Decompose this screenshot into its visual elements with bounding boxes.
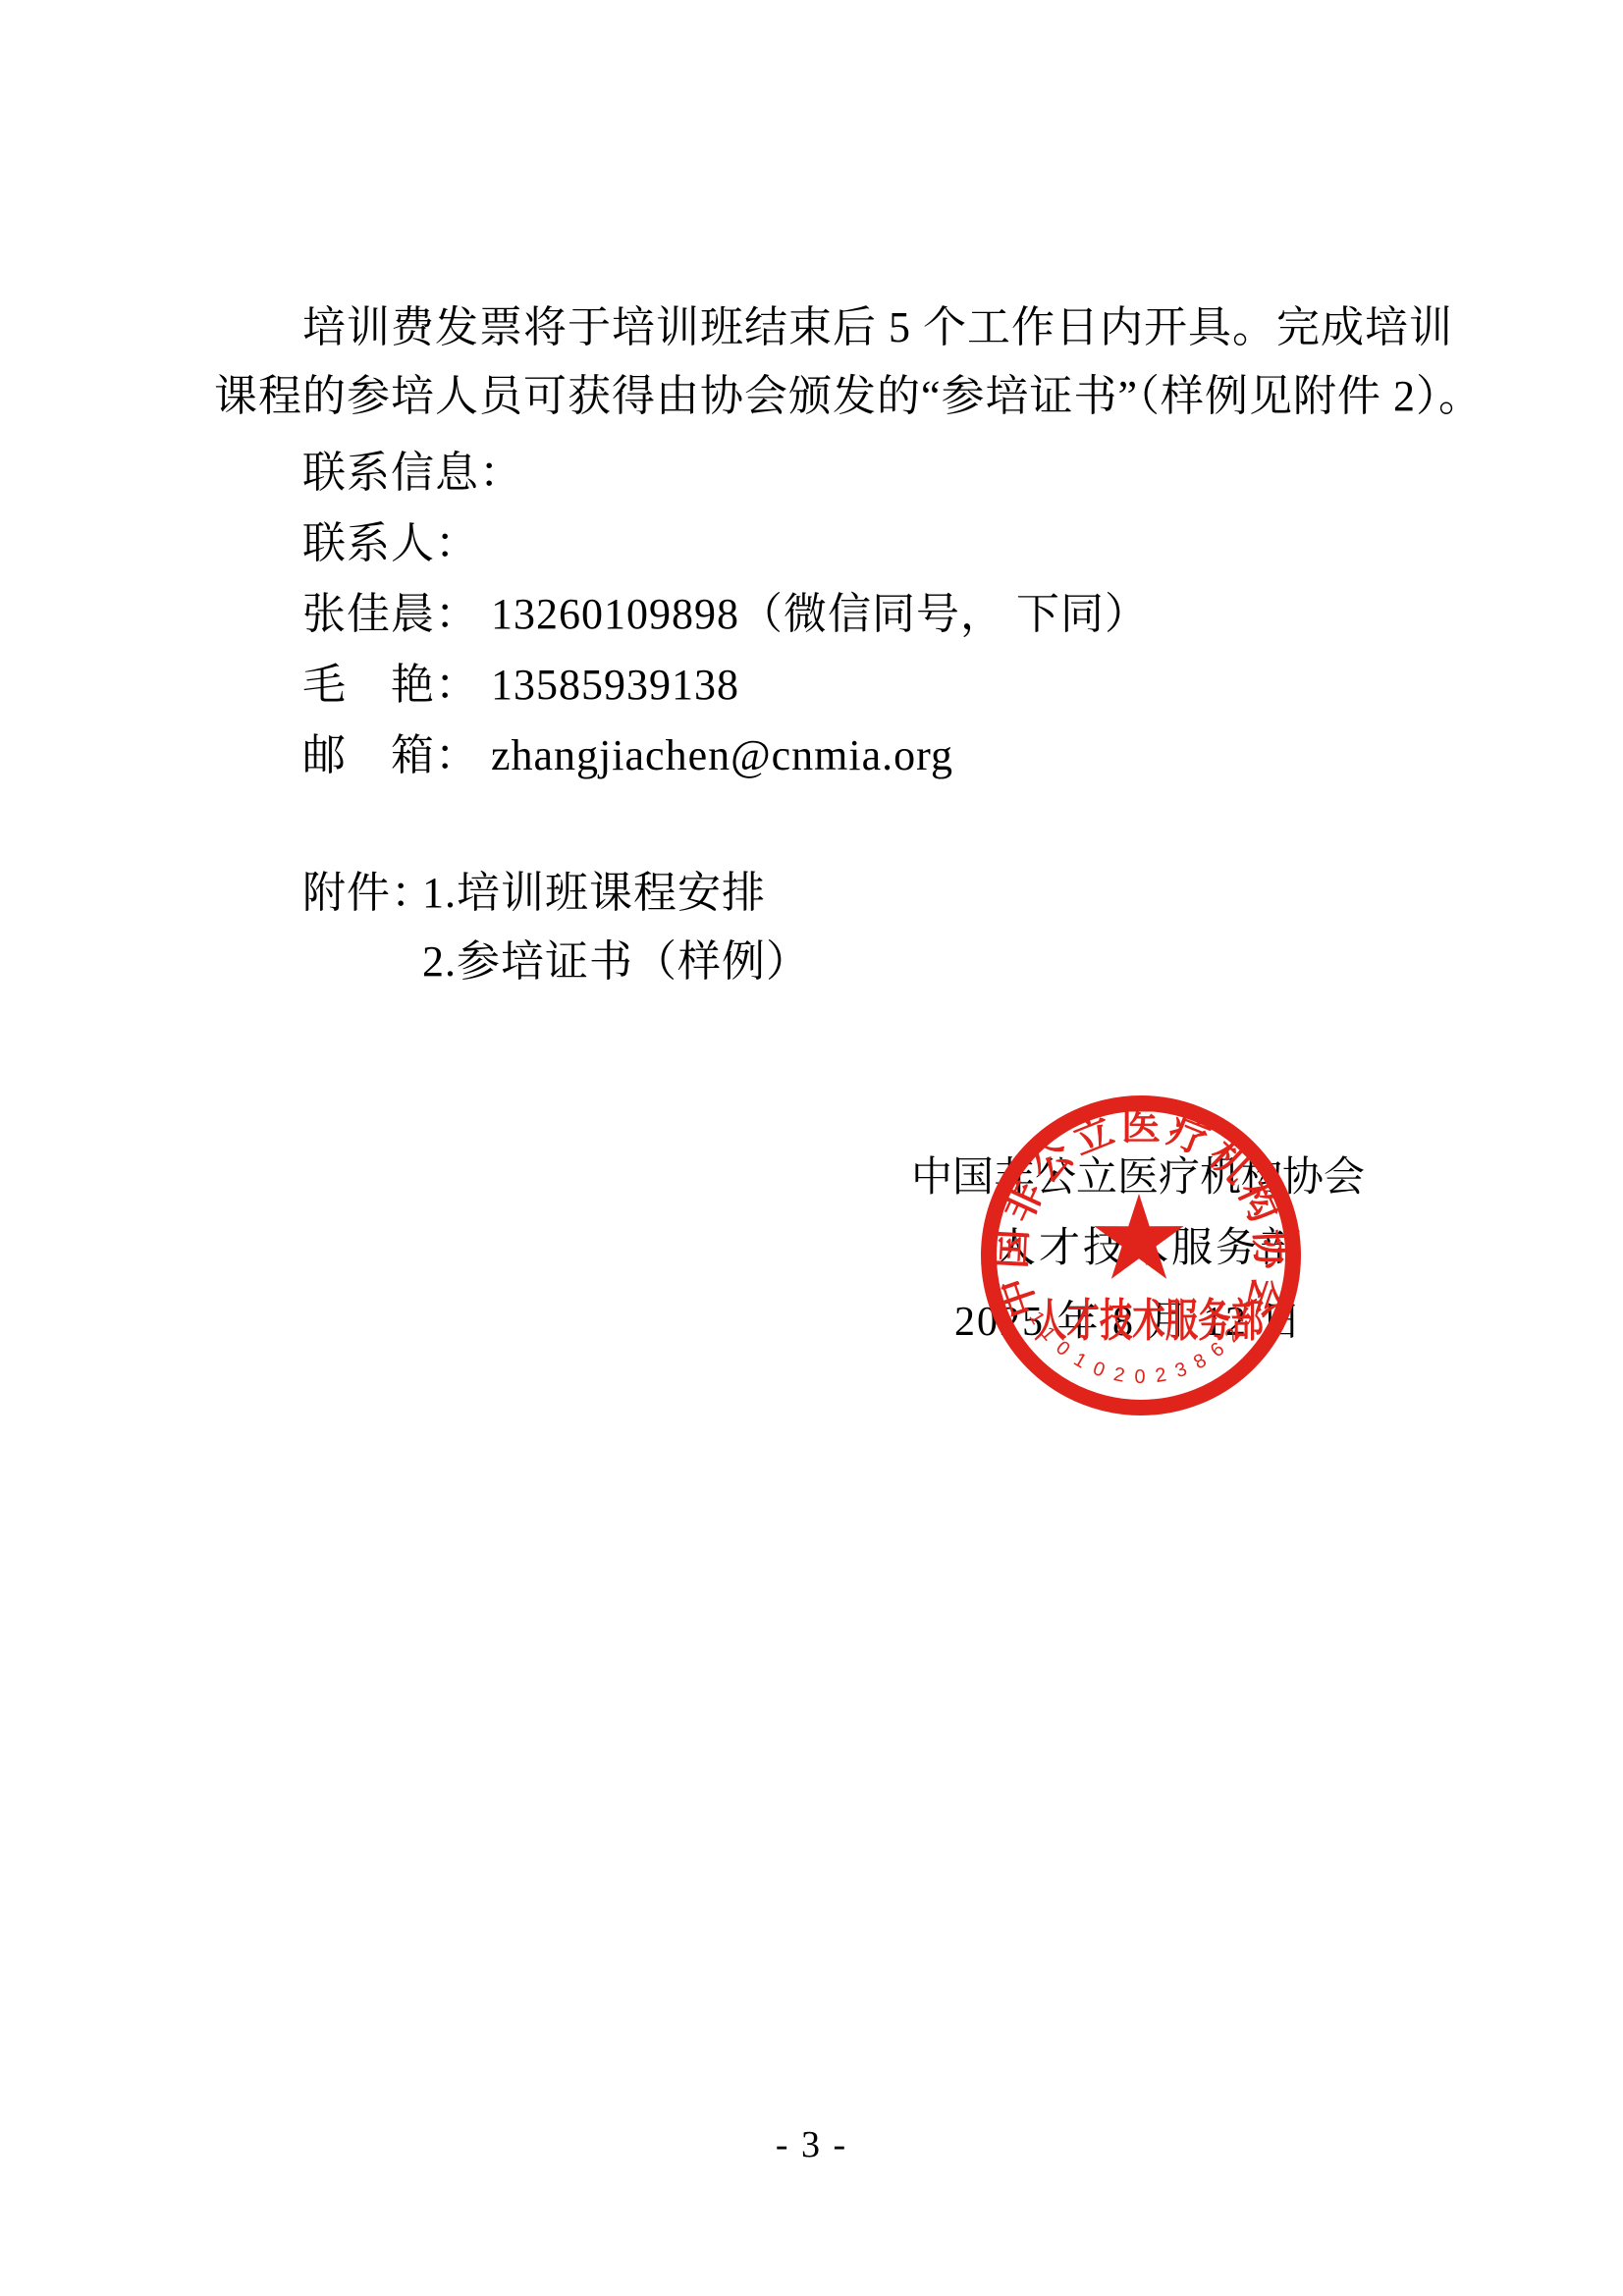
contact-person-maoyan: 毛 艳： 13585939138 (302, 650, 739, 721)
paragraph-line-2: 课程的参培人员可获得由协会颁发的“参培证书”（样例见附件 2）。 (214, 361, 1483, 432)
contact-email: 邮 箱： zhangjiachen@cnmia.org (302, 721, 953, 791)
document-page: 培训费发票将于培训班结束后 5 个工作日内开具。完成培训 课程的参培人员可获得由… (0, 0, 1623, 2296)
attachment-item-2: 2.参培证书（样例） (422, 927, 810, 997)
contact-person-heading: 联系人： (302, 508, 479, 579)
page-number: - 3 - (0, 2120, 1623, 2169)
attachments-label: 附件： (302, 858, 435, 929)
attachment-item-1: 1.培训班课程安排 (422, 858, 766, 929)
paragraph-line-1: 培训费发票将于培训班结束后 5 个工作日内开具。完成培训 (302, 293, 1453, 363)
star-icon (1094, 1194, 1183, 1279)
contact-info-heading: 联系信息： (302, 438, 523, 508)
contact-person-zhangjiachen: 张佳晨： 13260109898（微信同号， 下同） (302, 579, 1149, 650)
official-seal-stamp: 中国非公立医疗机构协会 人才技术服务部 1101020238625 (974, 1089, 1308, 1422)
